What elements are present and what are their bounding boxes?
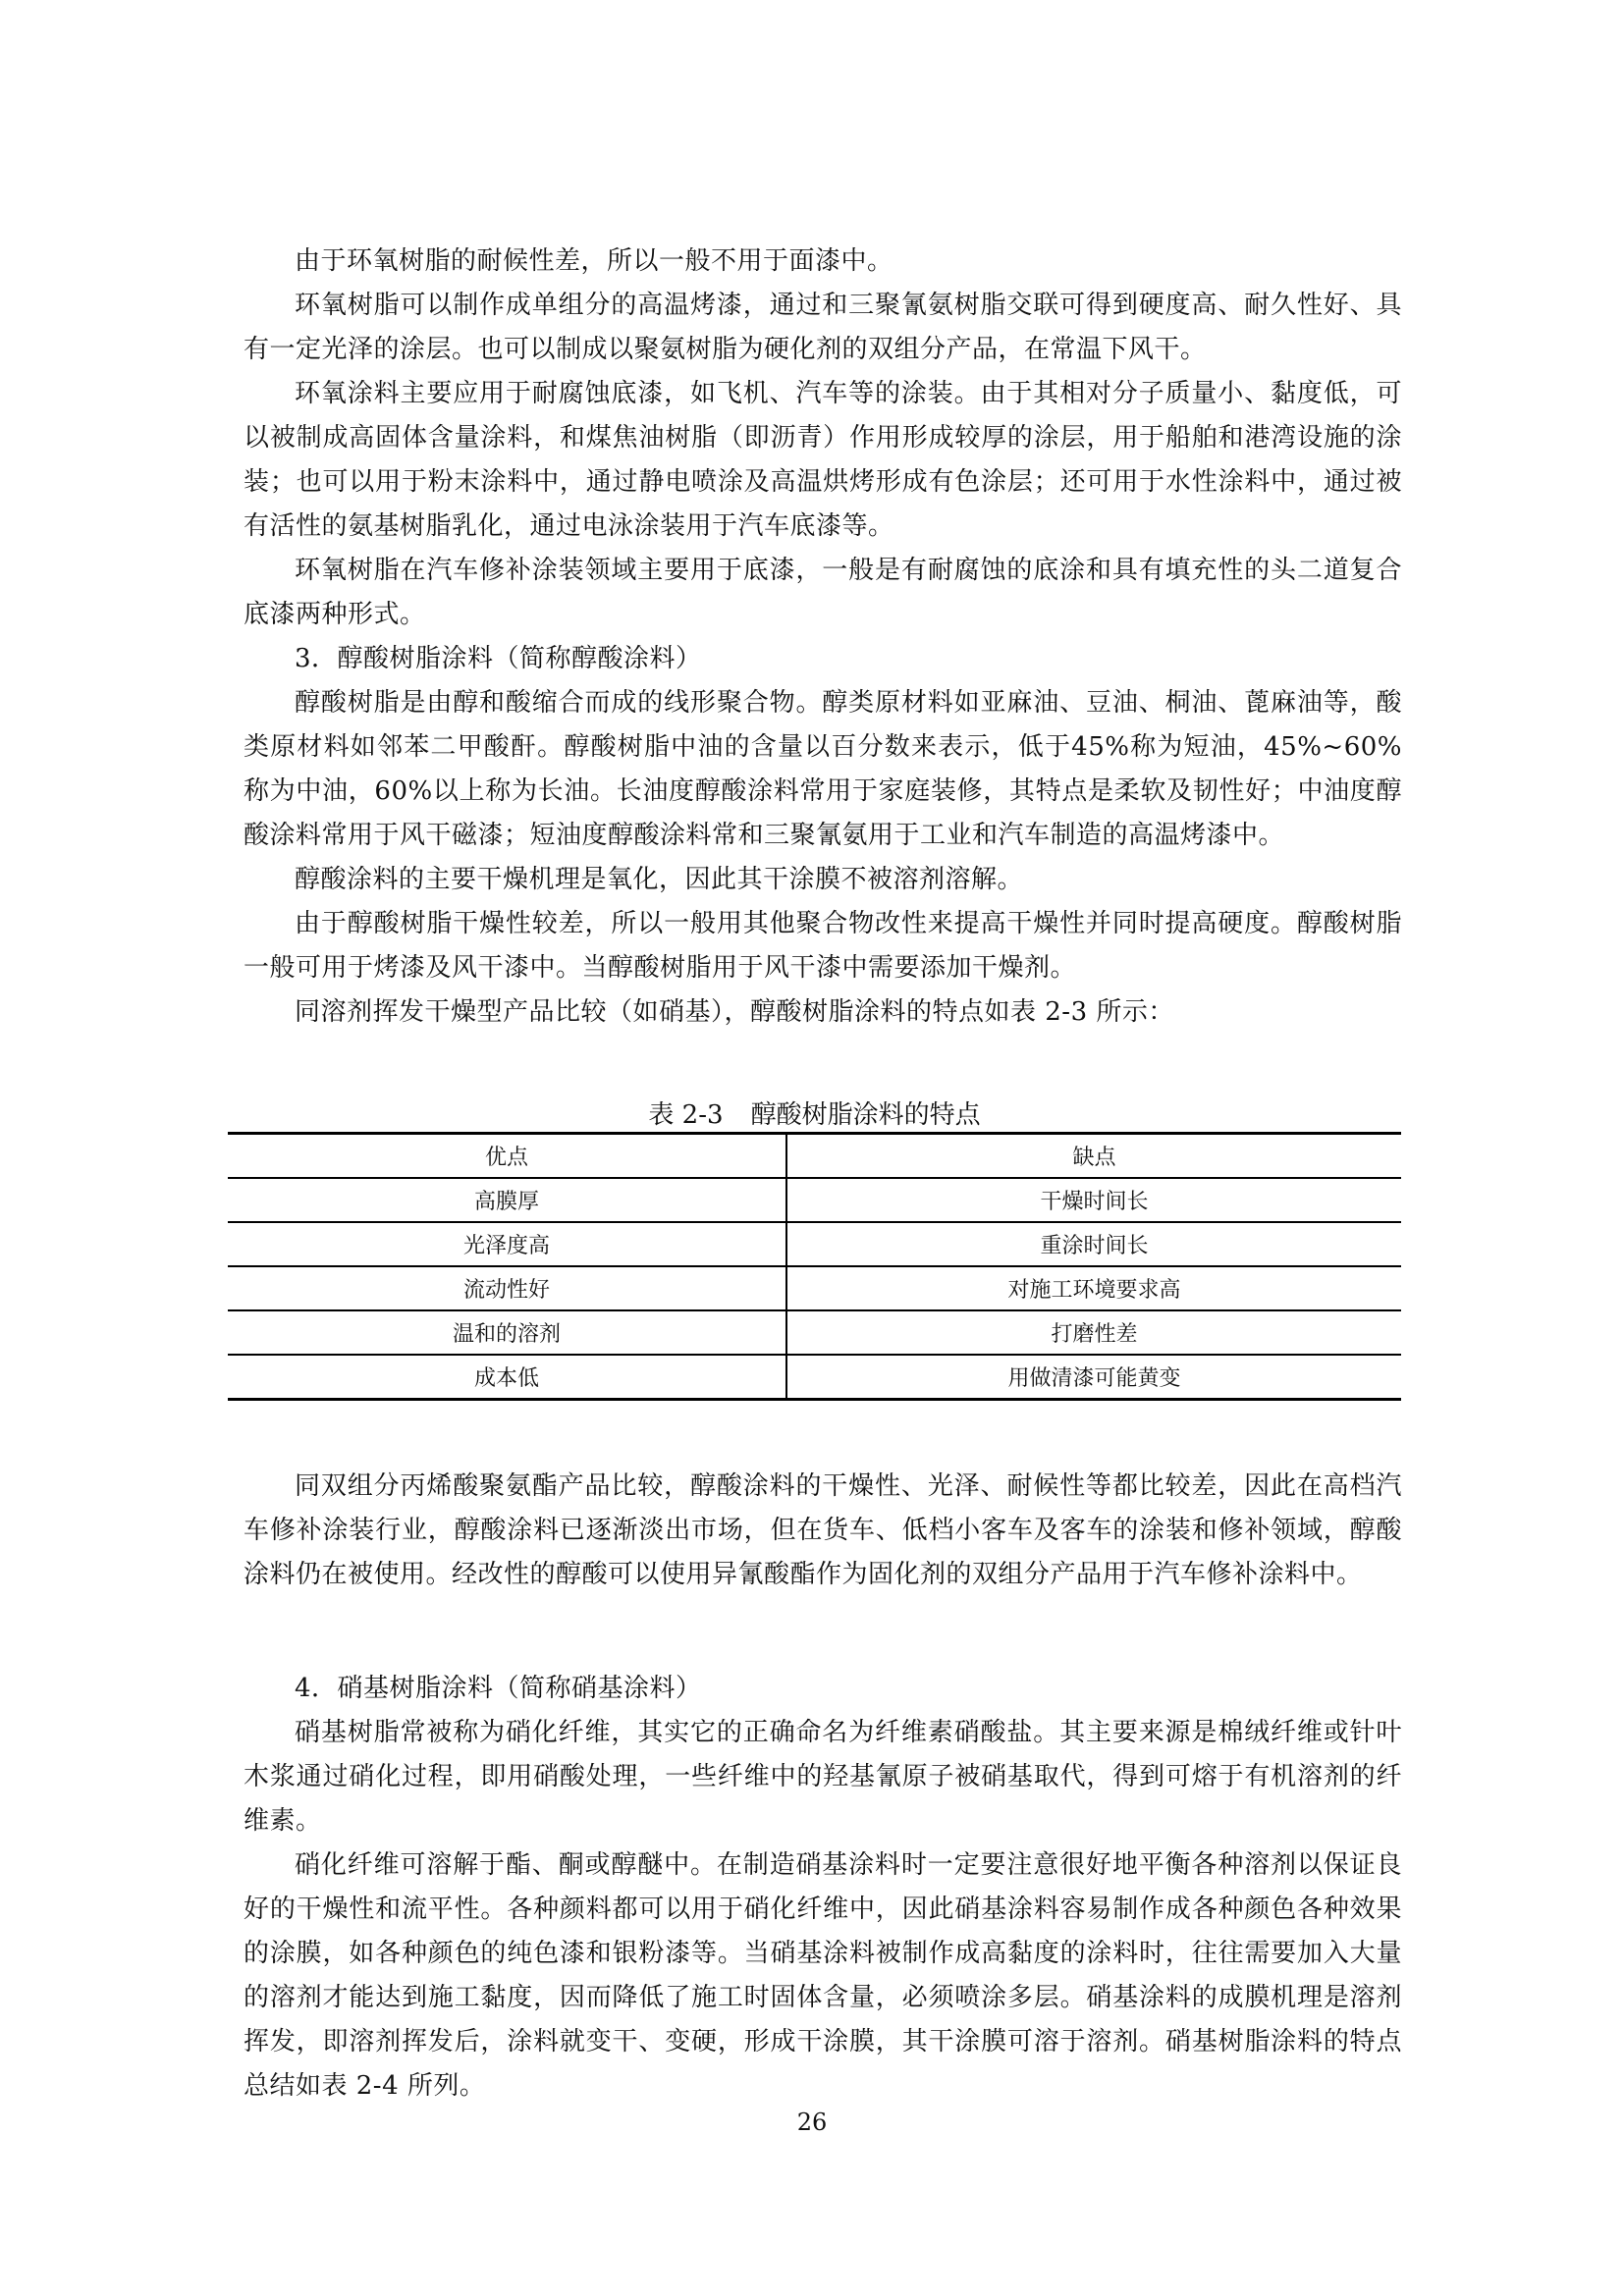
table-cell: 干燥时间长 [786, 1178, 1401, 1222]
page-number: 26 [0, 2109, 1624, 2136]
table-cell: 光泽度高 [228, 1222, 786, 1266]
paragraph: 环氧树脂可以制作成单组分的高温烤漆，通过和三聚氰氨树脂交联可得到硬度高、耐久性好… [244, 284, 1402, 372]
table-caption-number: 表 2-3 [648, 1100, 723, 1130]
text-block-after-table: 同双组分丙烯酸聚氨酯产品比较，醇酸涂料的干燥性、光泽、耐候性等都比较差，因此在高… [244, 1465, 1402, 1597]
alkyd-features-table: 优点 缺点 高膜厚 干燥时间长 光泽度高 重涂时间长 流动性好 对施工环境要求高… [228, 1132, 1401, 1401]
column-header-disadvantages: 缺点 [786, 1134, 1401, 1179]
table-cell: 对施工环境要求高 [786, 1266, 1401, 1310]
table-row: 成本低 用做清漆可能黄变 [228, 1355, 1401, 1400]
text-block-nitro: 4．硝基树脂涂料（简称硝基涂料） 硝基树脂常被称为硝化纤维，其实它的正确命名为纤… [244, 1667, 1402, 2109]
table-row: 温和的溶剂 打磨性差 [228, 1310, 1401, 1355]
table-row: 高膜厚 干燥时间长 [228, 1178, 1401, 1222]
table-header-row: 优点 缺点 [228, 1134, 1401, 1179]
paragraph: 硝基树脂常被称为硝化纤维，其实它的正确命名为纤维素硝酸盐。其主要来源是棉绒纤维或… [244, 1711, 1402, 1843]
document-page: 由于环氧树脂的耐候性差，所以一般不用于面漆中。 环氧树脂可以制作成单组分的高温烤… [0, 0, 1624, 2296]
paragraph: 同双组分丙烯酸聚氨酯产品比较，醇酸涂料的干燥性、光泽、耐候性等都比较差，因此在高… [244, 1465, 1402, 1597]
table-cell: 流动性好 [228, 1266, 786, 1310]
paragraph: 硝化纤维可溶解于酯、酮或醇醚中。在制造硝基涂料时一定要注意很好地平衡各种溶剂以保… [244, 1843, 1402, 2109]
table-cell: 用做清漆可能黄变 [786, 1355, 1401, 1400]
paragraph: 环氧涂料主要应用于耐腐蚀底漆，如飞机、汽车等的涂装。由于其相对分子质量小、黏度低… [244, 372, 1402, 549]
table-cell: 成本低 [228, 1355, 786, 1400]
table-caption-title: 醇酸树脂涂料的特点 [751, 1100, 981, 1130]
paragraph: 环氧树脂在汽车修补涂装领域主要用于底漆，一般是有耐腐蚀的底涂和具有填充性的头二道… [244, 549, 1402, 637]
table-cell: 打磨性差 [786, 1310, 1401, 1355]
column-header-advantages: 优点 [228, 1134, 786, 1179]
table-caption: 表 2-3醇酸树脂涂料的特点 [228, 1097, 1401, 1133]
table-cell: 高膜厚 [228, 1178, 786, 1222]
paragraph: 由于环氧树脂的耐候性差，所以一般不用于面漆中。 [244, 240, 1402, 284]
paragraph: 由于醇酸树脂干燥性较差，所以一般用其他聚合物改性来提高干燥性并同时提高硬度。醇酸… [244, 902, 1402, 990]
paragraph: 醇酸涂料的主要干燥机理是氧化，因此其干涂膜不被溶剂溶解。 [244, 858, 1402, 902]
table-row: 流动性好 对施工环境要求高 [228, 1266, 1401, 1310]
paragraph: 同溶剂挥发干燥型产品比较（如硝基），醇酸树脂涂料的特点如表 2-3 所示： [244, 990, 1402, 1035]
table-cell: 重涂时间长 [786, 1222, 1401, 1266]
section-heading-alkyd: 3．醇酸树脂涂料（简称醇酸涂料） [244, 637, 1402, 681]
table-cell: 温和的溶剂 [228, 1310, 786, 1355]
text-block-epoxy-alkyd: 由于环氧树脂的耐候性差，所以一般不用于面漆中。 环氧树脂可以制作成单组分的高温烤… [244, 240, 1402, 1035]
paragraph: 醇酸树脂是由醇和酸缩合而成的线形聚合物。醇类原材料如亚麻油、豆油、桐油、蓖麻油等… [244, 681, 1402, 858]
section-heading-nitro: 4．硝基树脂涂料（简称硝基涂料） [244, 1667, 1402, 1711]
table-row: 光泽度高 重涂时间长 [228, 1222, 1401, 1266]
